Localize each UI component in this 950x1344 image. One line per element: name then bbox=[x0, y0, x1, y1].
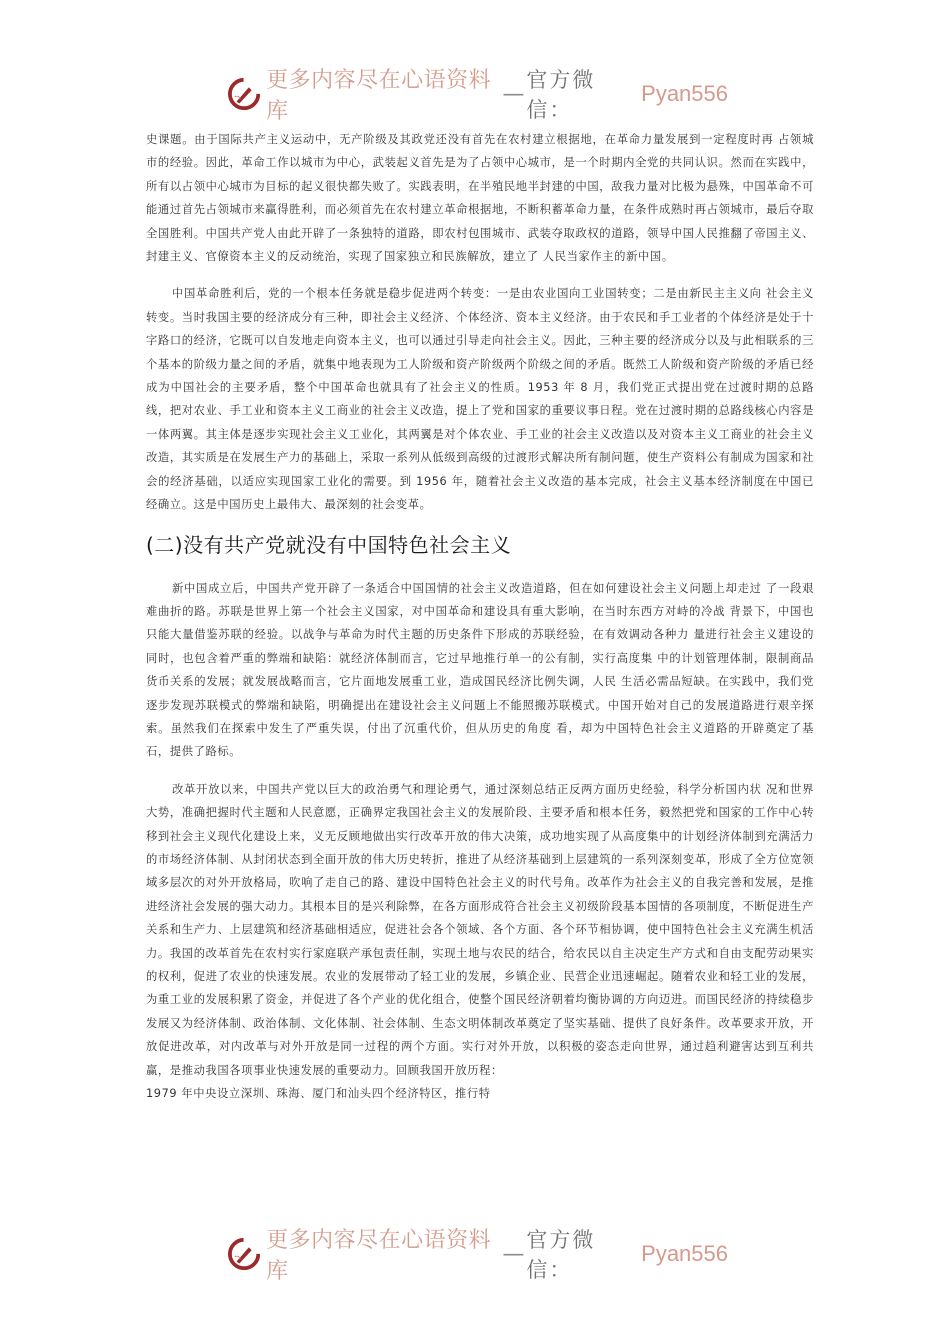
footer-watermark-banner: 更多内容尽在心语资料库 — 官方微信： Pyan556 bbox=[228, 1234, 728, 1274]
wechat-id: Pyan556 bbox=[641, 81, 728, 107]
document-body: 史课题。由于国际共产主义运动中，无产阶级及其政党还没有首先在农村建立根据地，在革… bbox=[146, 128, 814, 1105]
separator-dash: — bbox=[502, 1242, 524, 1267]
header-watermark-banner: 更多内容尽在心语资料库 — 官方微信： Pyan556 bbox=[228, 74, 728, 114]
brand-text: 更多内容尽在心语资料库 bbox=[266, 63, 500, 125]
paragraph-continued-history: 史课题。由于国际共产主义运动中，无产阶级及其政党还没有首先在农村建立根据地，在革… bbox=[146, 128, 814, 268]
quill-pen-logo-icon bbox=[228, 1237, 260, 1271]
paragraph-reform-opening: 改革开放以来，中国共产党以巨大的政治勇气和理论勇气，通过深刻总结正反两方面历史经… bbox=[146, 778, 814, 1082]
wechat-id: Pyan556 bbox=[641, 1241, 728, 1267]
quill-pen-logo-icon bbox=[228, 77, 260, 111]
official-wechat-label: 官方微信： bbox=[526, 1224, 635, 1284]
section-heading: (二)没有共产党就没有中国特色社会主义 bbox=[146, 531, 814, 559]
paragraph-two-transformations: 中国革命胜利后，党的一个根本任务就是稳步促进两个转变：一是由农业国向工业国转变；… bbox=[146, 282, 814, 516]
separator-dash: — bbox=[502, 82, 524, 107]
brand-text: 更多内容尽在心语资料库 bbox=[266, 1223, 500, 1285]
official-wechat-label: 官方微信： bbox=[526, 64, 635, 124]
paragraph-special-economic-zones: 1979 年中央设立深圳、珠海、厦门和汕头四个经济特区，推行特 bbox=[146, 1082, 814, 1105]
paragraph-soviet-model: 新中国成立后，中国共产党开辟了一条适合中国国情的社会主义改造道路，但在如何建设社… bbox=[146, 577, 814, 764]
